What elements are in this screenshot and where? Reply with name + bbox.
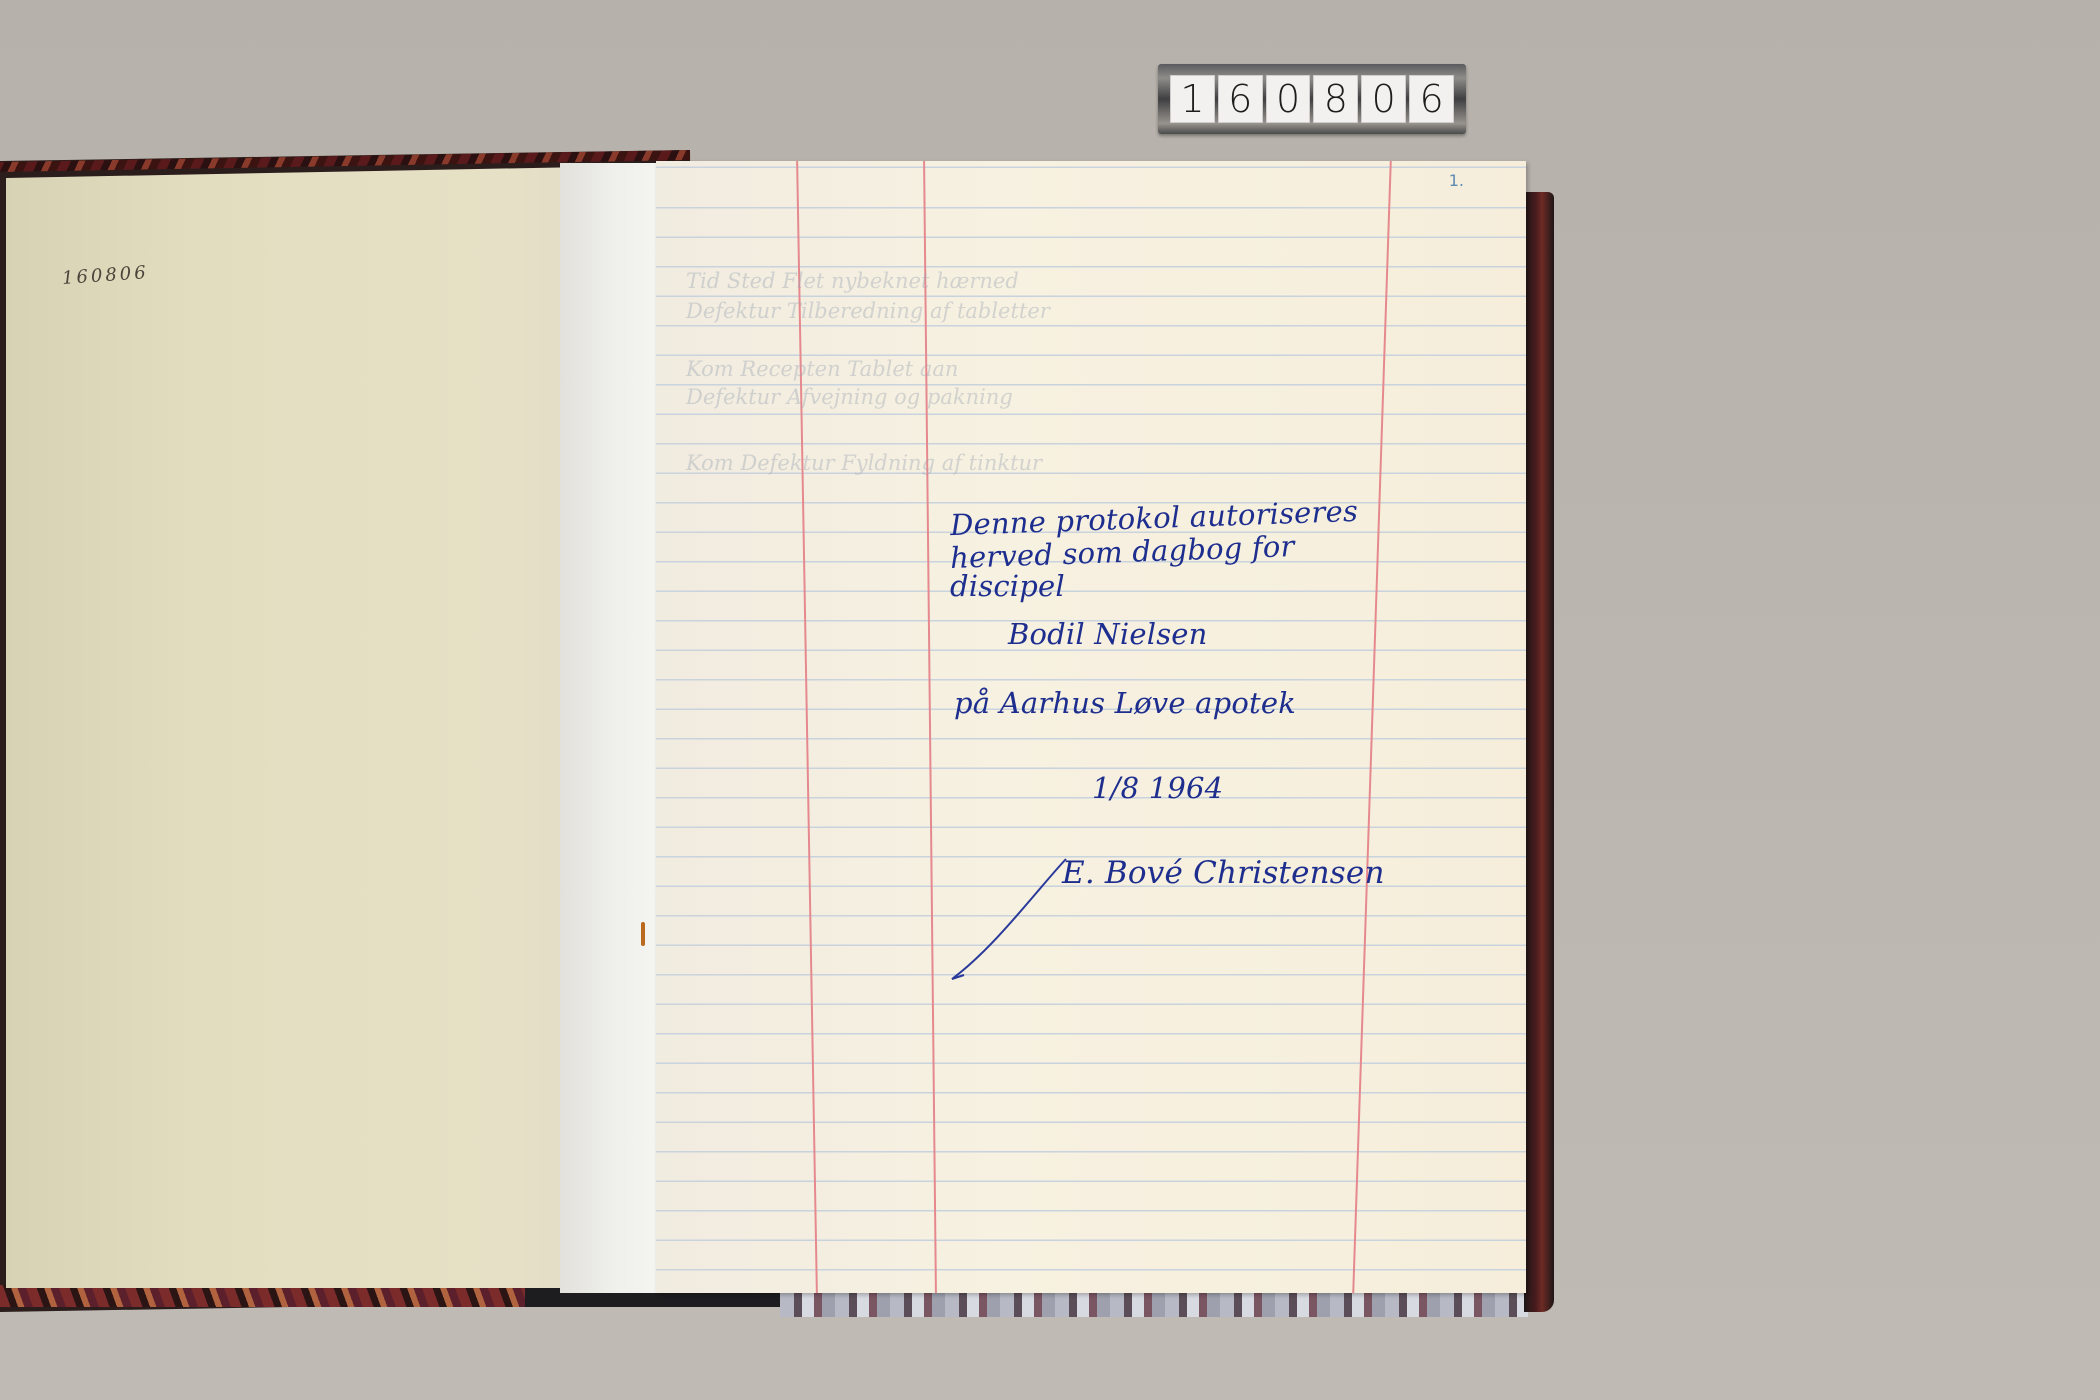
show-through-text: Kom Defektur Fyldning af tinktur [686, 451, 1042, 475]
tag-digit: 1 [1170, 75, 1215, 123]
tag-digits: 1 6 0 8 0 6 [1170, 75, 1454, 123]
left-endpaper [6, 166, 636, 1288]
marbled-cover-bottom-edge [0, 1285, 530, 1307]
handwriting-date: 1/8 1964 [1092, 771, 1223, 805]
page-number: 1. [1449, 171, 1464, 190]
tag-digit: 6 [1218, 75, 1263, 123]
rust-stain-staple [641, 922, 645, 946]
show-through-text: Defektur Tilberedning af tabletter [686, 299, 1050, 323]
handwriting-name: Bodil Nielsen [1008, 617, 1208, 651]
tag-digit: 0 [1361, 75, 1406, 123]
show-through-text: Tid Sted Flet nybeknet hærned [686, 269, 1019, 293]
tag-digit: 8 [1313, 75, 1358, 123]
handwriting-place: på Aarhus Løve apotek [954, 686, 1296, 720]
show-through-text: Kom Recepten Tablet aan [686, 357, 958, 381]
handwriting-line: discipel [950, 569, 1065, 603]
accession-number-tag: 1 6 0 8 0 6 [1158, 64, 1466, 134]
signature-flourish [946, 851, 1076, 986]
signature: E. Bové Christensen [1062, 855, 1385, 891]
back-cover-edge [1524, 192, 1554, 1312]
tag-digit: 6 [1409, 75, 1454, 123]
ruled-ledger-page: 1. Tid Sted Flet nybeknet hærned Defektu… [656, 161, 1526, 1293]
show-through-text: Defektur Afvejning og pakning [686, 385, 1013, 409]
tag-digit: 0 [1266, 75, 1311, 123]
marbled-page-edge [780, 1293, 1528, 1317]
blue-ruling-lines [656, 161, 1526, 1293]
